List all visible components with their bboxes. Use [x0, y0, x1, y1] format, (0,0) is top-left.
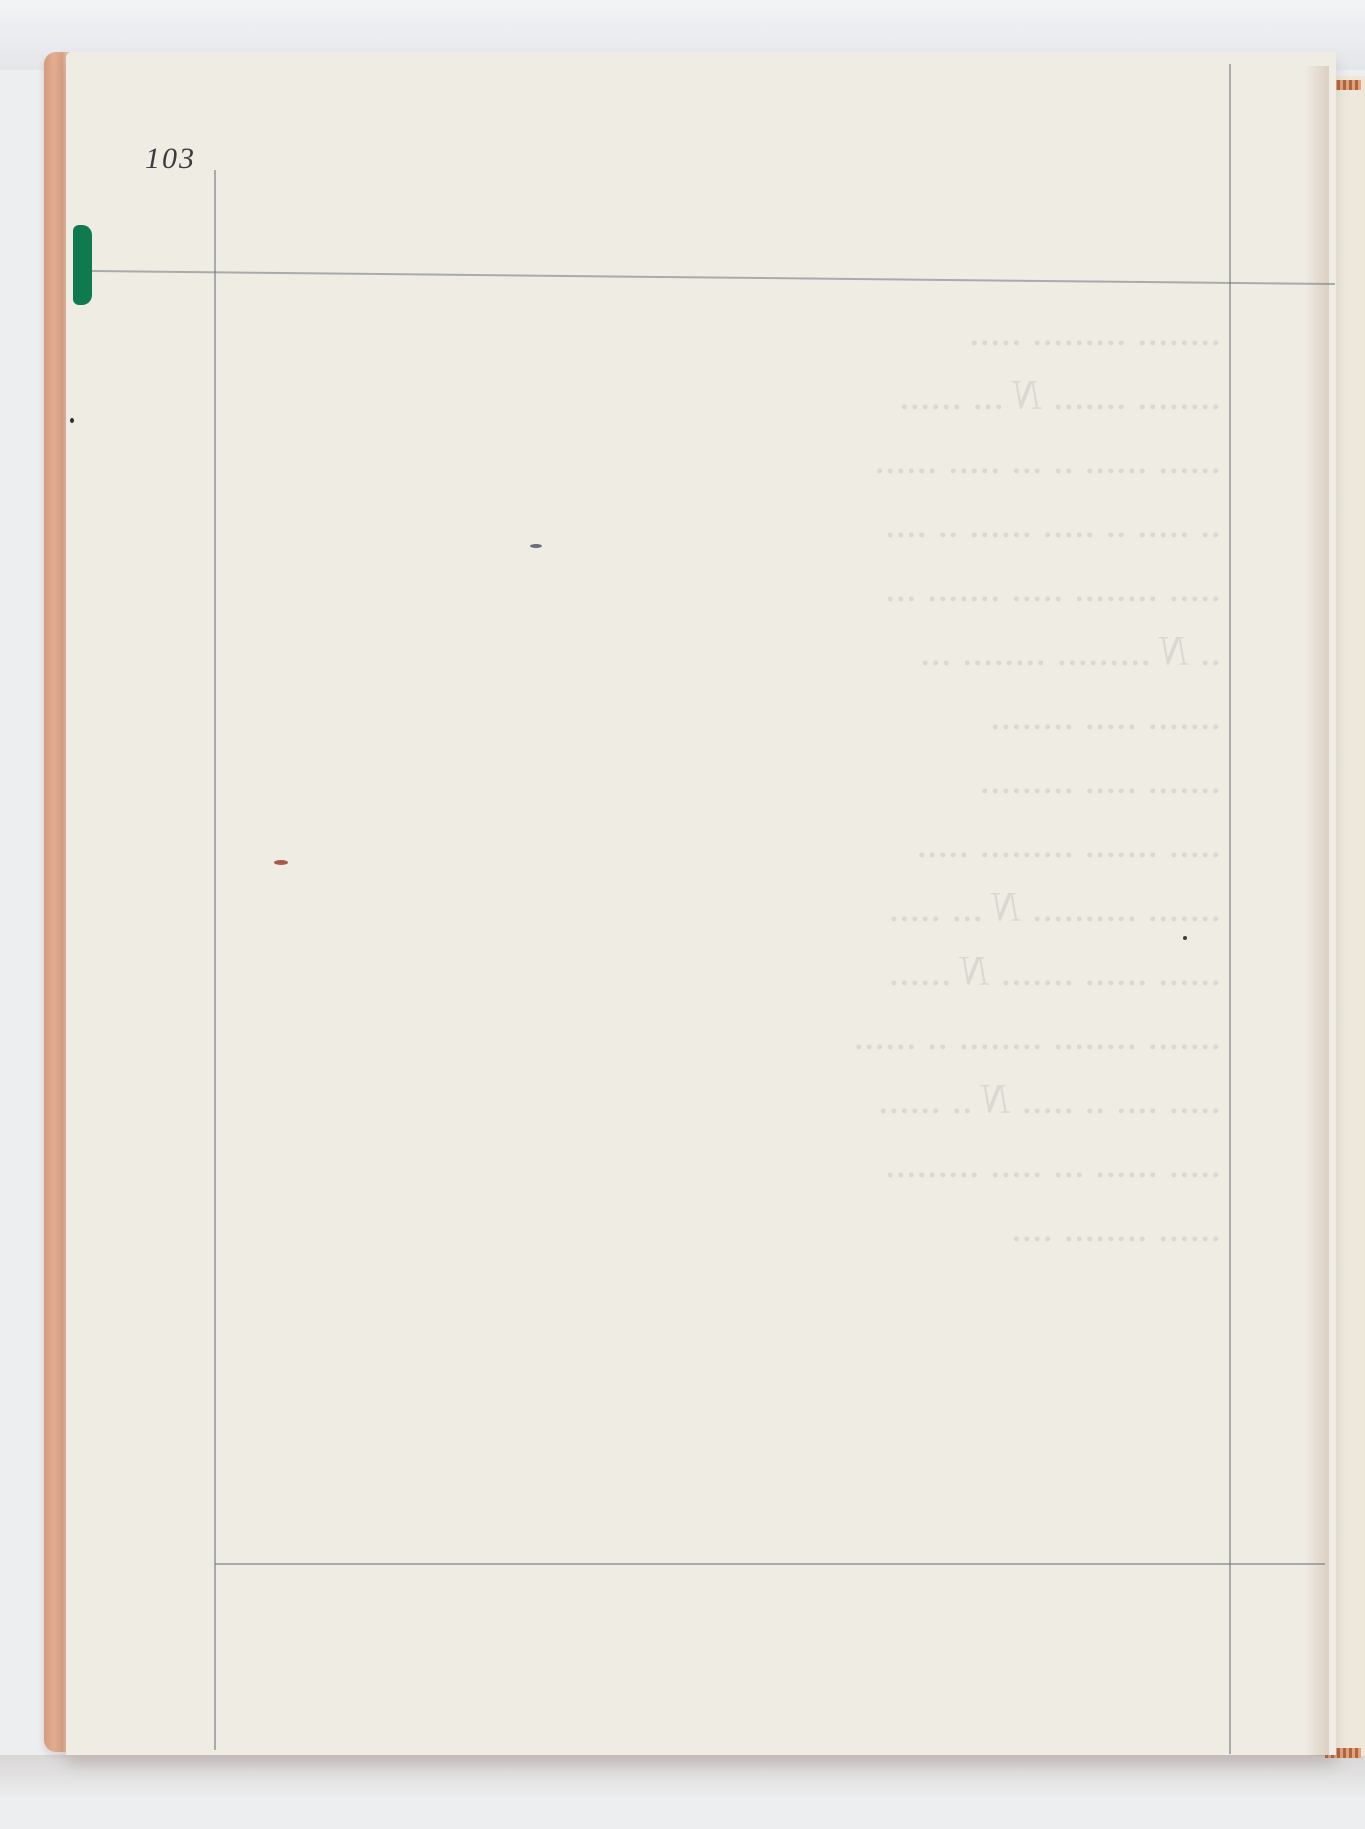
bottom-margin-rule	[215, 1563, 1325, 1565]
background-shadow	[0, 1755, 1365, 1829]
bleed-line: ........ ......... .....	[240, 300, 1220, 364]
bleed-through-text: ........ ......... ..... ........ ......…	[240, 300, 1220, 1260]
bleed-line: ..... .... .. ..... N .. ......	[240, 1068, 1220, 1132]
left-margin-rule	[214, 170, 216, 1750]
bleed-line: ....... ........ ........ .. ......	[240, 1004, 1220, 1068]
bleed-line: ...... ...... .. ... ..... ......	[240, 428, 1220, 492]
gutter-shadow	[1305, 66, 1329, 1756]
bleed-line: ...... ........ ....	[240, 1196, 1220, 1260]
edge-dot	[70, 418, 74, 423]
bleed-line: .. N ......... ........ ...	[240, 620, 1220, 684]
green-index-tab	[73, 225, 92, 305]
bleed-line: ..... ....... ......... .....	[240, 812, 1220, 876]
ink-dot	[1183, 936, 1187, 940]
page-number: 103	[145, 142, 196, 176]
bleed-line: ....... ..... .........	[240, 748, 1220, 812]
bleed-line: ........ ....... N ... ......	[240, 364, 1220, 428]
bleed-line: ..... ...... ... ..... .........	[240, 1132, 1220, 1196]
ink-speck	[530, 544, 542, 548]
bleed-line: ..... ........ ..... ....... ...	[240, 556, 1220, 620]
bleed-line: ....... ..... ........	[240, 684, 1220, 748]
bleed-line: ...... ...... ....... N ......	[240, 940, 1220, 1004]
right-margin-rule	[1229, 64, 1231, 1754]
bleed-line: .. ..... .. ..... ...... .. ....	[240, 492, 1220, 556]
bleed-line: ....... .......... N ... .....	[240, 876, 1220, 940]
red-ink-mark	[274, 860, 288, 865]
